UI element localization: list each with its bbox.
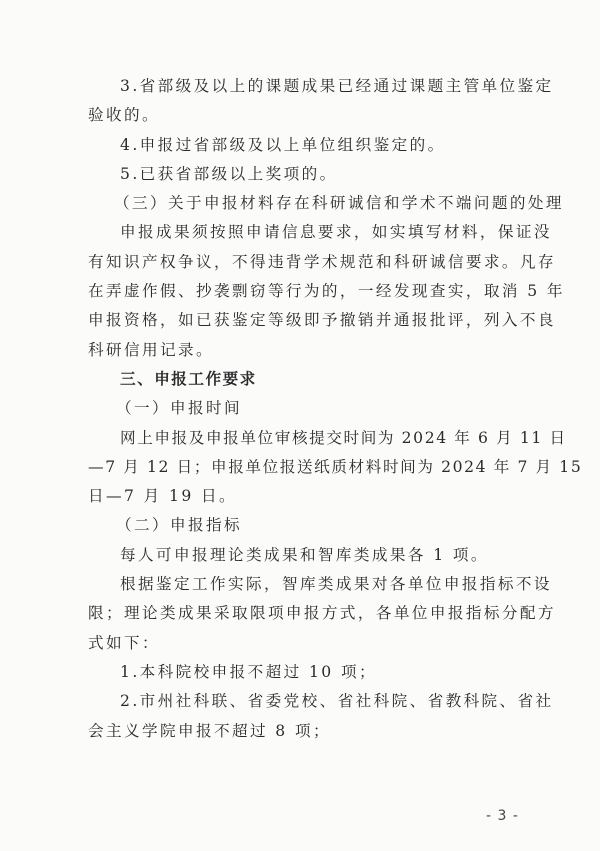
list-item-5: 5.已获省部级以上奖项的。 <box>88 160 528 189</box>
paragraph-line: 科研信用记录。 <box>88 336 528 365</box>
section-heading: 三、申报工作要求 <box>88 365 528 394</box>
paragraph-line: 申报成果须按照申请信息要求，如实填写材料，保证没 <box>88 218 528 247</box>
paragraph-line: 在弄虚作假、抄袭剽窃等行为的，一经发现查实，取消 5 年 <box>88 277 528 306</box>
list-item-2: 2.市州社科联、省委党校、省社科院、省教科院、省社 <box>88 687 528 716</box>
paragraph-line: 日—7 月 19 日。 <box>88 482 528 511</box>
list-item-3-continued: 验收的。 <box>88 101 528 130</box>
paragraph-line: 网上申报及申报单位审核提交时间为 2024 年 6 月 11 日 <box>88 424 528 453</box>
page-number: - 3 - <box>486 808 519 824</box>
paragraph-line: —7 月 12 日；申报单位报送纸质材料时间为 2024 年 7 月 15 <box>88 453 528 482</box>
subsection-heading-1: （一）申报时间 <box>88 394 528 423</box>
list-item-2-continued: 会主义学院申报不超过 8 项； <box>88 717 528 746</box>
list-item-1: 1.本科院校申报不超过 10 项； <box>88 658 528 687</box>
paragraph-line: 申报资格，如已获鉴定等级即予撤销并通报批评，列入不良 <box>88 306 528 335</box>
subsection-heading-3: （三）关于申报材料存在科研诚信和学术不端问题的处理 <box>88 189 528 218</box>
paragraph-line: 根据鉴定工作实际，智库类成果对各单位申报指标不设 <box>88 570 528 599</box>
list-item-4: 4.申报过省部级及以上单位组织鉴定的。 <box>88 131 528 160</box>
list-item-3: 3.省部级及以上的课题成果已经通过课题主管单位鉴定 <box>88 72 528 101</box>
document-page: 3.省部级及以上的课题成果已经通过课题主管单位鉴定 验收的。 4.申报过省部级及… <box>88 72 528 746</box>
paragraph-line: 式如下： <box>88 629 528 658</box>
subsection-heading-2: （二）申报指标 <box>88 511 528 540</box>
paragraph-line: 限；理论类成果采取限项申报方式，各单位申报指标分配方 <box>88 599 528 628</box>
paragraph-line: 每人可申报理论类成果和智库类成果各 1 项。 <box>88 541 528 570</box>
paragraph-line: 有知识产权争议，不得违背学术规范和科研诚信要求。凡存 <box>88 248 528 277</box>
